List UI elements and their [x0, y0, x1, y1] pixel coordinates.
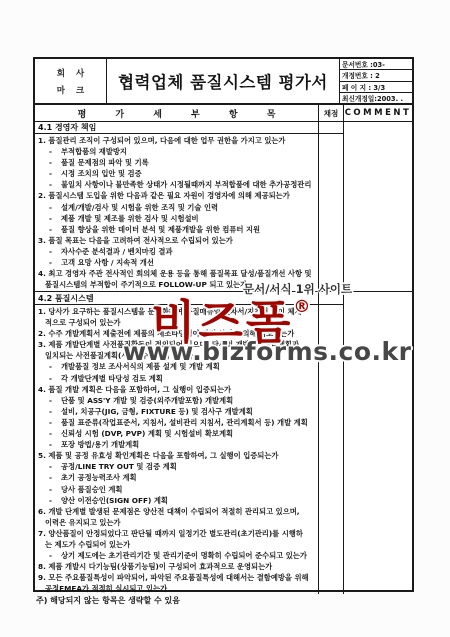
dash-marker: -: [49, 417, 61, 428]
checklist-line: 적으로 구성되어 있는가: [35, 317, 318, 328]
checklist-line-text: 포장 방법/용기 개발계획: [61, 439, 139, 450]
checklist-line: -상기 제도에는 초기관리기간 및 관리기준이 명확히 수립되어 준수되고 있는…: [35, 550, 318, 561]
footnote: 주) 해당되지 않는 항목은 생략할 수 있음: [36, 595, 180, 606]
dash-marker: -: [49, 495, 61, 506]
revision-number: 개정번호 : 2: [340, 70, 412, 81]
checklist-line: 품질시스템의 부적합이 주기적으로 FOLLOW-UP 되고 있는가: [35, 279, 318, 290]
checklist-line: 는 제도가 수립되어 있는가: [35, 539, 318, 550]
dash-marker: -: [49, 484, 61, 495]
checklist-line-text: 부적합품의 재발방지: [61, 146, 127, 157]
checklist-line-text: 상기 제도에는 초기관리기간 및 관리기준이 명확히 수립되어 준수되고 있는가: [61, 550, 307, 561]
checklist-line-text: 각 개발단계별 타당성 검토 계획: [61, 373, 163, 384]
section-4-1-comment-cell: [344, 122, 412, 292]
checklist-line-text: 품질 문제점의 파악 및 기록: [61, 157, 149, 168]
checklist-line: -품질 표준류(작업표준서, 지침서, 설비관리 지침서, 관리계획서 등) 개…: [35, 417, 318, 428]
checklist-line: -각 개발단계별 타당성 검토 계획: [35, 373, 318, 384]
checklist-line: -자사수준 분석결과 / 벤치마킹 결과: [35, 246, 318, 257]
checklist-body: 4.1 경영자 책임 1. 품질관리 조직이 구성되어 있으며, 다음에 대한 …: [35, 122, 412, 594]
section-4-1-items: 1. 품질관리 조직이 구성되어 있으며, 다음에 대한 업무 권한을 가지고 …: [35, 134, 319, 292]
checklist-line: 4. 최고 경영자 주관 전사적인 회의체 운용 등을 통해 품질목표 달성/품…: [35, 268, 318, 279]
checklist-line-text: 양산 이전승인(SIGN OFF) 계획: [61, 495, 168, 506]
section-4-1-title: 4.1 경영자 책임: [35, 122, 319, 134]
checklist-line: -초기 공정능력조사 계획: [35, 472, 318, 483]
dash-marker: -: [49, 168, 61, 179]
checklist-line: 1. 당사가 요구하는 품질시스템을 문서화하여 품질매뉴얼/절차서/지침서 등…: [35, 306, 318, 317]
checklist-line: -품질 향상을 위한 데이터 분석 및 제품개발을 위한 컴퓨터 지원: [35, 224, 318, 235]
checklist-line: -포장 방법/용기 개발계획: [35, 439, 318, 450]
section-4-2-items: 1. 당사가 요구하는 품질시스템을 문서화하여 품질매뉴얼/절차서/지침서 등…: [35, 305, 319, 594]
checklist-line: 일치되는 사전품질계획(서)이 수립되어 있는가: [35, 350, 318, 361]
dash-marker: -: [49, 428, 61, 439]
section-4-2-score-cell: [319, 305, 344, 594]
dash-marker: -: [49, 257, 61, 268]
form-title: 협력업체 품질시스템 평가서: [107, 59, 340, 103]
dash-marker: -: [49, 146, 61, 157]
checklist-line: -고객 요망 사항 / 지속적 개선: [35, 257, 318, 268]
checklist-line: -양산 이전승인(SIGN OFF) 계획: [35, 495, 318, 506]
checklist-line: 공정FMEA가 적절히 실시되고 있는가: [35, 583, 318, 594]
checklist-line: 1. 품질관리 조직이 구성되어 있으며, 다음에 대한 업무 권한을 가지고 …: [35, 135, 318, 146]
page-number: 페 이 지 : 3/3: [340, 82, 412, 93]
checklist-line-text: 초기 공정능력조사 계획: [61, 472, 137, 483]
checklist-line: -시정 조치의 입안 및 검증: [35, 168, 318, 179]
checklist-line: 9. 모든 주요품질특성이 파악되어, 파악된 주요품질특성에 대해서는 결함예…: [35, 572, 318, 583]
items-column-header: 평 가 세 부 항 목: [35, 105, 319, 121]
dash-marker: -: [49, 439, 61, 450]
checklist-line: -단품 및 ASS'Y 개발 및 검증(외주개발포함) 개발계획: [35, 395, 318, 406]
checklist-line-text: 제품 개발 및 제조를 위한 검사 및 시험설비: [61, 213, 199, 224]
checklist-line-text: 설계/개발/검사 및 시험을 위한 조직 및 기술 인력: [61, 202, 218, 213]
checklist-line-text: 개발품질 정보 조사서식의 제품 설계 및 개발 계획: [61, 361, 220, 372]
checklist-line: 7. 양산품질이 안정되었다고 판단될 때까지 일정기간 별도관리(초기관리)를…: [35, 528, 318, 539]
section-4-1-title-score-cell: [319, 122, 344, 134]
dash-marker: -: [49, 461, 61, 472]
checklist-line: 3. 제품 개발단계별 사전품질활동이 정의되어 있으며, 당사의 개발일정관리…: [35, 339, 318, 350]
dash-marker: -: [49, 224, 61, 235]
checklist-line: 2. 품질시스템 도입을 위한 다음과 같은 필요 자원이 경영자에 의해 제공…: [35, 190, 318, 201]
checklist-line-text: 고객 요망 사항 / 지속적 개선: [61, 257, 154, 268]
checklist-line-text: 신뢰성 시험 (DVP, PVP) 계획 및 시험설비 확보계획: [61, 428, 233, 439]
checklist-line: -제품 개발 및 제조를 위한 검사 및 시험설비: [35, 213, 318, 224]
checklist-line: -부적합품의 재발방지: [35, 146, 318, 157]
dash-marker: -: [49, 361, 61, 372]
checklist-line-text: 자사수준 분석결과 / 벤치마킹 결과: [61, 246, 173, 257]
dash-marker: -: [49, 157, 61, 168]
checklist-line-text: 당사 품질승인 계획: [61, 484, 122, 495]
company-mark-cell: 회 사 마 크: [35, 59, 107, 103]
section-4-1-score-cell: [319, 134, 344, 292]
checklist-line-text: 품질 표준류(작업표준서, 지침서, 설비관리 지침서, 관리계획서 등) 개발…: [61, 417, 308, 428]
column-header-row: 평 가 세 부 항 목 채점 COMMENT: [35, 105, 412, 122]
checklist-line: 6. 개발 단계별 발생된 문제점은 양산전 대책이 수립되어 적절히 관리되고…: [35, 506, 318, 517]
checklist-line: 이력은 유지되고 있는가: [35, 517, 318, 528]
dash-marker: -: [49, 395, 61, 406]
dash-marker: -: [49, 550, 61, 561]
checklist-line: -신뢰성 시험 (DVP, PVP) 계획 및 시험설비 확보계획: [35, 428, 318, 439]
checklist-line: 8. 제품 개발시 다기능팀(상품기능팀)이 구성되어 효과적으로 운영되는가: [35, 561, 318, 572]
dash-marker: -: [49, 406, 61, 417]
company-mark-line2: 마 크: [53, 84, 88, 96]
checklist-line: -당사 품질승인 계획: [35, 484, 318, 495]
checklist-line: 4. 품질 개발 계획은 다음을 포함하여, 그 실행이 입증되는가: [35, 384, 318, 395]
evaluation-form-page: 회 사 마 크 협력업체 품질시스템 평가서 문서번호 :03- 개정번호 : …: [0, 0, 450, 637]
checklist-line: -불일치 사항이나 불만족한 상태가 시정될때까지 부적합품에 대한 추가공정관…: [35, 179, 318, 190]
last-revision-date: 최신개정일:2003. .: [340, 93, 412, 103]
checklist-line-text: 불일치 사항이나 불만족한 상태가 시정될때까지 부적합품에 대한 추가공정관리: [61, 179, 311, 190]
doc-number: 문서번호 :03-: [340, 59, 412, 70]
dash-marker: -: [49, 373, 61, 384]
section-4-2-title-score-cell: [319, 292, 344, 305]
checklist-line: 2. 수주 개발계획서 제출전에 제품의 제조타당성이 관련 부서에 의해 검토…: [35, 328, 318, 339]
checklist-line-text: 설비, 치공구(JIG, 금형, FIXTURE 등) 및 검사구 개발계획: [61, 406, 253, 417]
score-column-header: 채점: [319, 105, 344, 121]
company-mark-line1: 회 사: [53, 67, 88, 79]
dash-marker: -: [49, 246, 61, 257]
section-4-2-comment-cell: [344, 292, 412, 594]
checklist-line: 3. 품질 목표는 다음을 고려하여 전사적으로 수립되어 있는가: [35, 235, 318, 246]
evaluation-form-table: 회 사 마 크 협력업체 품질시스템 평가서 문서번호 :03- 개정번호 : …: [33, 57, 414, 592]
checklist-line: 5. 제품 및 공정 유효성 확인계획은 다음을 포함하여, 그 실행이 입증되…: [35, 450, 318, 461]
doc-info-block: 문서번호 :03- 개정번호 : 2 페 이 지 : 3/3 최신개정일:200…: [340, 59, 412, 103]
dash-marker: -: [49, 179, 61, 190]
dash-marker: -: [49, 202, 61, 213]
section-4-2-title: 4.2 품질시스템: [35, 292, 319, 305]
comment-column-header: COMMENT: [344, 105, 412, 121]
checklist-line-text: 단품 및 ASS'Y 개발 및 검증(외주개발포함) 개발계획: [61, 395, 233, 406]
checklist-line: -품질 문제점의 파악 및 기록: [35, 157, 318, 168]
checklist-line: -설비, 치공구(JIG, 금형, FIXTURE 등) 및 검사구 개발계획: [35, 406, 318, 417]
dash-marker: -: [49, 472, 61, 483]
checklist-line: -설계/개발/검사 및 시험을 위한 조직 및 기술 인력: [35, 202, 318, 213]
checklist-line-text: 공정/LINE TRY OUT 및 검증 계획: [61, 461, 177, 472]
checklist-line-text: 품질 향상을 위한 데이터 분석 및 제품개발을 위한 컴퓨터 지원: [61, 224, 260, 235]
dash-marker: -: [49, 213, 61, 224]
form-header: 회 사 마 크 협력업체 품질시스템 평가서 문서번호 :03- 개정번호 : …: [35, 59, 412, 105]
checklist-line-text: 시정 조치의 입안 및 검증: [61, 168, 142, 179]
checklist-line: -개발품질 정보 조사서식의 제품 설계 및 개발 계획: [35, 361, 318, 372]
checklist-line: -공정/LINE TRY OUT 및 검증 계획: [35, 461, 318, 472]
